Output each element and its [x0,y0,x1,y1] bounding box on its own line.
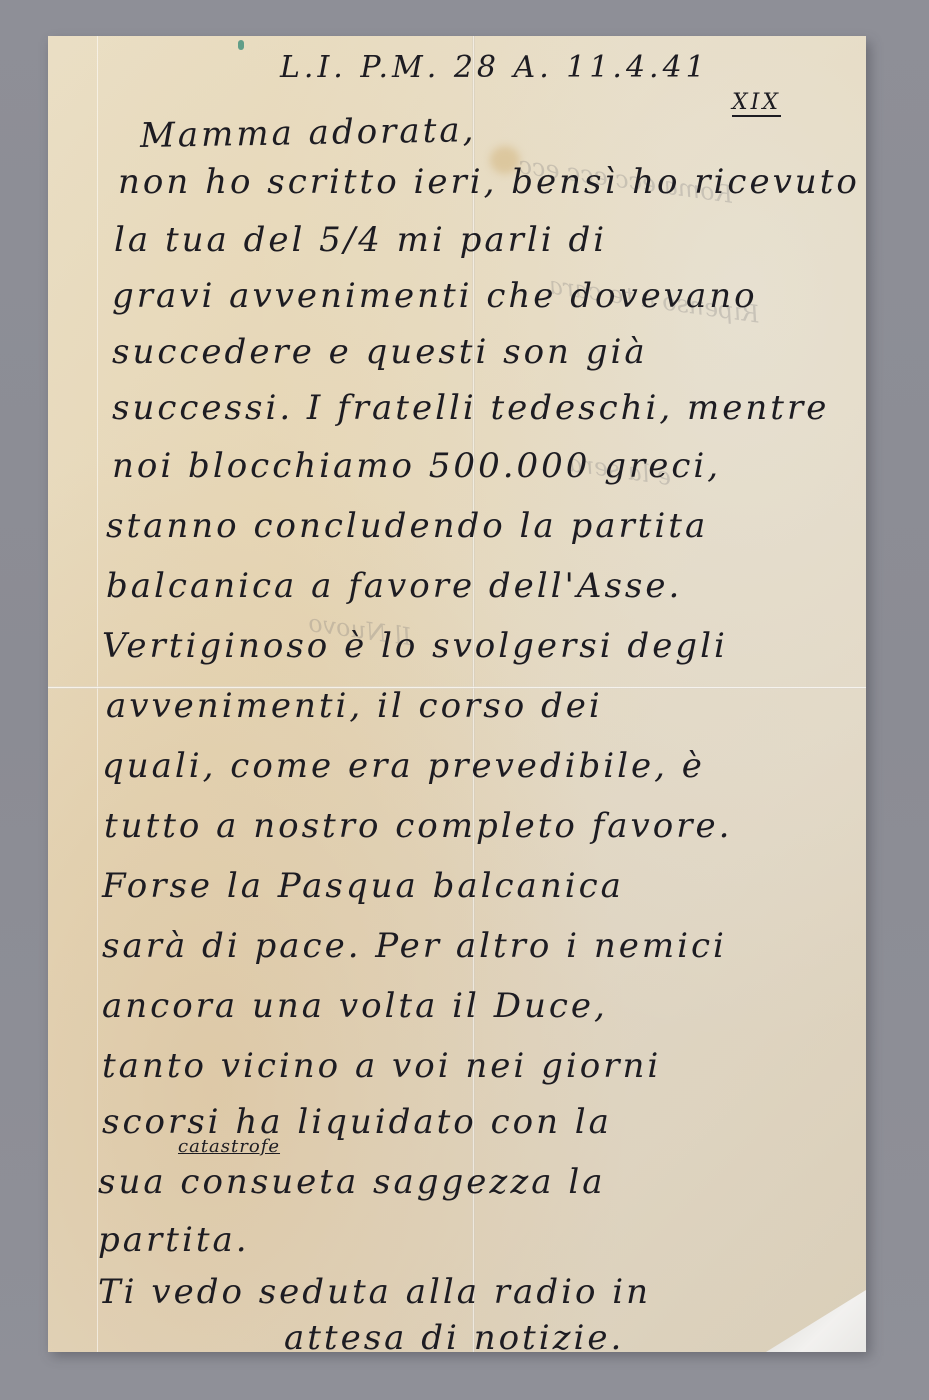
interlinear-insert: catastrofe [178,1136,280,1157]
body-line: sarà di pace. Per altro i nemici [102,926,727,966]
salutation: Mamma adorata, [140,110,477,156]
closing-line: Ti vedo seduta alla radio in [98,1272,651,1312]
body-line: stanno concludendo la partita [106,506,708,546]
body-line: Forse la Pasqua balcanica [102,866,624,906]
body-line: non ho scritto ieri, bensì ho ricevuto [118,162,860,202]
body-line: gravi avvenimenti che dovevano [112,276,758,316]
dateline: L.I. P.M. 28 A. 11.4.41 [280,50,709,85]
body-line: tanto vicino a voi nei giorni [102,1046,661,1086]
letter-text: L.I. P.M. 28 A. 11.4.41 XIX Mamma adorat… [48,36,866,1352]
closing-line: attesa di notizie. [284,1318,624,1352]
body-line: balcanica a favore dell'Asse. [106,566,682,606]
era-mark: XIX [732,90,781,117]
body-line: partita. [98,1220,250,1260]
body-line: sua consueta saggezza la [98,1162,605,1202]
letter-sheet: Roma ecc ecc ecc Ripenso a te cara e la … [48,36,866,1352]
body-line: ancora una volta il Duce, [102,986,608,1026]
body-line: avvenimenti, il corso dei [106,686,603,726]
body-line: quali, come era prevedibile, è [102,746,705,786]
body-line: la tua del 5/4 mi parli di [114,220,607,260]
body-line: Vertiginoso è lo svolgersi degli [102,626,728,666]
body-line: succedere e questi son già [112,332,648,372]
body-line: noi blocchiamo 500.000 greci, [112,446,721,486]
body-line: successi. I fratelli tedeschi, mentre [112,388,829,428]
body-line: tutto a nostro completo favore. [104,806,732,846]
